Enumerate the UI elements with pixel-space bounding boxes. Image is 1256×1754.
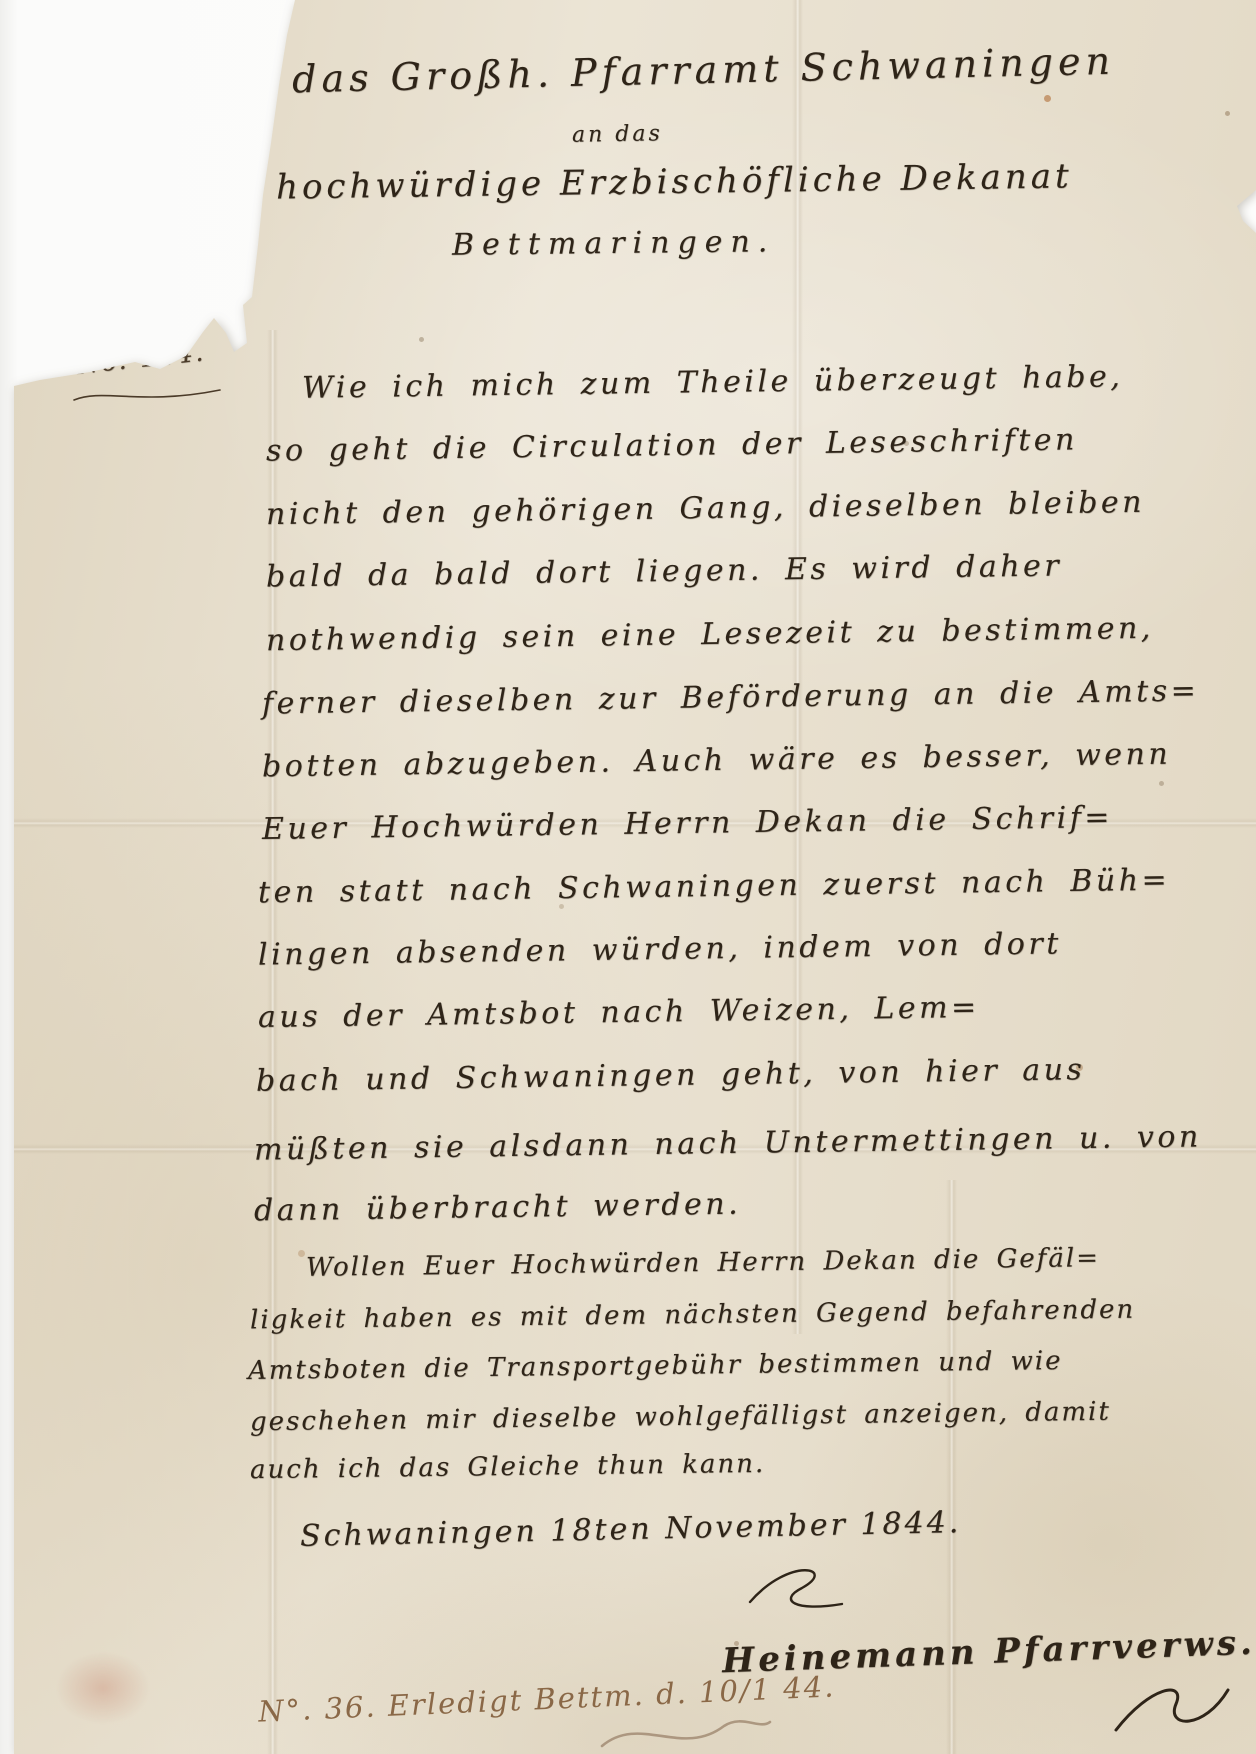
fold-crease-vertical-left (267, 330, 278, 1754)
signature-flourish (1108, 1678, 1238, 1738)
handwritten-line: aus der Amtsbot nach Weizen, Lem= (258, 990, 980, 1035)
address-line-1: das Großh. Pfarramt Schwaningen (292, 39, 1116, 102)
handwritten-line: ten statt nach Schwaningen zuerst nach B… (258, 863, 1171, 911)
margin-number: No: 114. (75, 337, 207, 380)
handwritten-line: geschehen mir dieselbe wohlgefälligst an… (250, 1397, 1111, 1438)
dateline: Schwaningen 18ten November 1844. (300, 1505, 962, 1554)
address-line-3: hochwürdige Erzbischöfliche Dekanat (276, 156, 1073, 207)
margin-number-underline-flourish (70, 382, 230, 408)
handwritten-line: Euer Hochwürden Herrn Dekan die Schrif= (262, 800, 1113, 847)
handwritten-line: Amtsboten die Transportgebühr bestimmen … (248, 1346, 1063, 1386)
handwritten-line: ligkeit haben es mit dem nächsten Gegend… (250, 1295, 1135, 1336)
handwritten-line: bach und Schwaningen geht, von hier aus (256, 1052, 1086, 1099)
handwritten-line: müßten sie alsdann nach Untermettingen u… (254, 1119, 1202, 1167)
handwritten-line: lingen absenden würden, indem von dort (258, 926, 1062, 972)
paper-sheet: das Großh. Pfarramt Schwaningen an das h… (0, 0, 1256, 1754)
scan-background: das Großh. Pfarramt Schwaningen an das h… (0, 0, 1256, 1754)
red-stain (38, 1638, 168, 1738)
pencil-flourish (596, 1712, 776, 1754)
paper-specks (0, 0, 3, 3)
address-line-4: Bettmaringen. (452, 224, 776, 262)
handwritten-line: Wie ich mich zum Theile überzeugt habe, (302, 359, 1124, 405)
handwritten-line: bald da bald dort liegen. Es wird daher (266, 548, 1063, 594)
handwritten-line: auch ich das Gleiche thun kann. (250, 1449, 765, 1485)
date-flourish (742, 1562, 852, 1614)
letter-paper: das Großh. Pfarramt Schwaningen an das h… (0, 0, 1256, 1754)
handwritten-line: nothwendig sein eine Lesezeit zu bestimm… (266, 611, 1154, 658)
handwritten-line: nicht den gehörigen Gang, dieselben blei… (266, 485, 1145, 532)
address-line-2: an das (572, 121, 663, 148)
handwritten-line: Wollen Euer Hochwürden Herrn Dekan die G… (306, 1243, 1100, 1283)
handwritten-line: so geht die Circulation der Leseschrifte… (266, 422, 1078, 468)
handwritten-line: botten abzugeben. Auch wäre es besser, w… (262, 737, 1172, 785)
handwritten-line: dann überbracht werden. (254, 1187, 742, 1229)
handwritten-line: ferner dieselben zur Beförderung an die … (262, 673, 1200, 721)
